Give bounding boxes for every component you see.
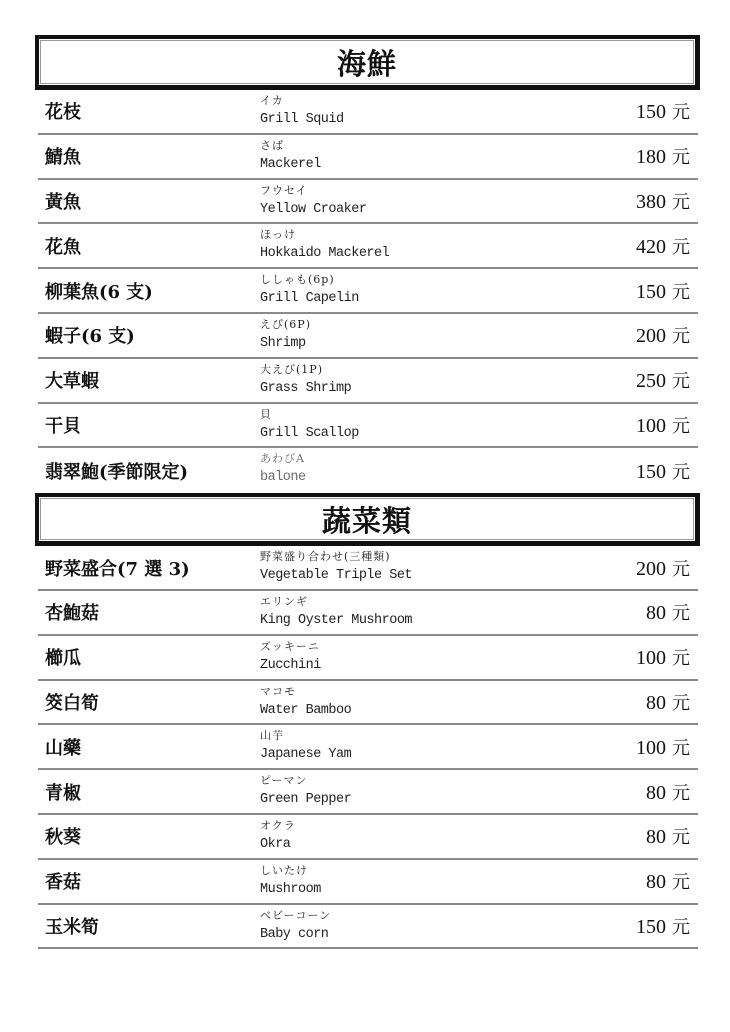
item-japanese: イカ (260, 92, 344, 109)
item-price: 80元 (646, 599, 690, 625)
item-name: 大草蝦 (45, 367, 99, 393)
item-english: Zucchini (260, 655, 321, 677)
item-english: Grill Scallop (260, 423, 359, 445)
menu-page: 海鮮 花枝 イカ Grill Squid 150元 鯖魚 さば Mackerel… (35, 35, 700, 949)
section-header: 海鮮 (35, 35, 700, 90)
item-translation: エリンギ King Oyster Mushroom (260, 593, 412, 632)
section-title: 蔬菜類 (39, 497, 695, 541)
item-translation: フウセイ Yellow Croaker (260, 182, 366, 221)
item-name: 青椒 (45, 779, 81, 805)
item-english: Grass Shrimp (260, 378, 351, 400)
price-unit: 元 (672, 192, 690, 212)
price-value: 100 (636, 415, 666, 437)
price-unit: 元 (672, 693, 690, 713)
price-unit: 元 (672, 827, 690, 847)
price-unit: 元 (672, 371, 690, 391)
price-unit: 元 (672, 783, 690, 803)
menu-item-row: 山藥 山芋 Japanese Yam 100元 (38, 725, 698, 770)
item-translation: ししゃも(6p) Grill Capelin (260, 271, 359, 310)
item-price: 250元 (636, 367, 690, 393)
item-translation: 野菜盛り合わせ(三種類) Vegetable Triple Set (260, 548, 412, 587)
item-price: 100元 (636, 644, 690, 670)
item-japanese: ししゃも(6p) (260, 271, 359, 288)
item-japanese: ピーマン (260, 772, 351, 789)
menu-item-row: 野菜盛合(7 選 3) 野菜盛り合わせ(三種類) Vegetable Tripl… (38, 546, 698, 591)
menu-item-row: 鯖魚 さば Mackerel 180元 (38, 135, 698, 180)
item-name: 花魚 (45, 233, 81, 259)
item-name: 蝦子(6 支) (45, 322, 135, 348)
item-price: 150元 (636, 98, 690, 124)
item-price: 80元 (646, 868, 690, 894)
item-english: Grill Capelin (260, 288, 359, 310)
menu-item-row: 花枝 イカ Grill Squid 150元 (38, 90, 698, 135)
price-unit: 元 (672, 738, 690, 758)
item-price: 180元 (636, 143, 690, 169)
item-name: 翡翠鮑(季節限定) (45, 458, 188, 484)
price-unit: 元 (672, 282, 690, 302)
item-price: 150元 (636, 458, 690, 484)
item-price: 80元 (646, 779, 690, 805)
price-value: 100 (636, 737, 666, 759)
menu-item-row: 黃魚 フウセイ Yellow Croaker 380元 (38, 180, 698, 225)
item-translation: えび(6P) Shrimp (260, 316, 311, 355)
item-name: 花枝 (45, 98, 81, 124)
item-name: 秋葵 (45, 823, 81, 849)
price-value: 80 (646, 692, 666, 714)
section-header: 蔬菜類 (35, 493, 700, 546)
item-japanese: ほっけ (260, 226, 389, 243)
item-price: 380元 (636, 188, 690, 214)
price-value: 80 (646, 782, 666, 804)
item-japanese: 大えび(1P) (260, 361, 351, 378)
item-translation: マコモ Water Bamboo (260, 683, 351, 722)
price-value: 200 (636, 558, 666, 580)
item-name: 柳葉魚(6 支) (45, 278, 153, 304)
price-value: 80 (646, 826, 666, 848)
item-price: 200元 (636, 322, 690, 348)
item-english: Hokkaido Mackerel (260, 243, 389, 265)
item-translation: あわびA balone (260, 450, 306, 489)
item-english: Mackerel (260, 154, 321, 176)
item-list: 野菜盛合(7 選 3) 野菜盛り合わせ(三種類) Vegetable Tripl… (38, 546, 698, 949)
menu-item-row: 青椒 ピーマン Green Pepper 80元 (38, 770, 698, 815)
item-translation: しいたけ Mushroom (260, 862, 321, 901)
section-vegetables: 蔬菜類 野菜盛合(7 選 3) 野菜盛り合わせ(三種類) Vegetable T… (35, 493, 700, 949)
item-name: 玉米筍 (45, 913, 99, 939)
price-unit: 元 (672, 559, 690, 579)
item-price: 100元 (636, 734, 690, 760)
item-japanese: 貝 (260, 406, 359, 423)
item-name: 櫛瓜 (45, 644, 81, 670)
item-price: 80元 (646, 823, 690, 849)
item-japanese: 野菜盛り合わせ(三種類) (260, 548, 412, 565)
price-value: 150 (636, 916, 666, 938)
price-unit: 元 (672, 147, 690, 167)
menu-item-row: 玉米筍 ベビーコーン Baby corn 150元 (38, 905, 698, 950)
price-unit: 元 (672, 648, 690, 668)
menu-item-row: 大草蝦 大えび(1P) Grass Shrimp 250元 (38, 359, 698, 404)
item-name: 黃魚 (45, 188, 81, 214)
item-english: Japanese Yam (260, 744, 351, 766)
item-translation: ピーマン Green Pepper (260, 772, 351, 811)
item-translation: イカ Grill Squid (260, 92, 344, 131)
menu-item-row: 櫛瓜 ズッキーニ Zucchini 100元 (38, 636, 698, 681)
item-japanese: ズッキーニ (260, 638, 321, 655)
item-translation: ベビーコーン Baby corn (260, 907, 331, 946)
price-unit: 元 (672, 917, 690, 937)
item-translation: 山芋 Japanese Yam (260, 727, 351, 766)
item-japanese: さば (260, 137, 321, 154)
item-price: 80元 (646, 689, 690, 715)
item-english: Okra (260, 834, 296, 856)
price-value: 80 (646, 602, 666, 624)
price-value: 150 (636, 101, 666, 123)
item-name: 野菜盛合(7 選 3) (45, 555, 190, 581)
menu-item-row: 干貝 貝 Grill Scallop 100元 (38, 404, 698, 449)
item-english: Mushroom (260, 879, 321, 901)
item-translation: 貝 Grill Scallop (260, 406, 359, 445)
price-unit: 元 (672, 237, 690, 257)
item-japanese: えび(6P) (260, 316, 311, 333)
item-english: balone (260, 467, 306, 489)
menu-item-row: 蝦子(6 支) えび(6P) Shrimp 200元 (38, 314, 698, 359)
item-english: Shrimp (260, 333, 311, 355)
section-seafood: 海鮮 花枝 イカ Grill Squid 150元 鯖魚 さば Mackerel… (35, 35, 700, 493)
price-unit: 元 (672, 102, 690, 122)
item-translation: ズッキーニ Zucchini (260, 638, 321, 677)
item-english: Grill Squid (260, 109, 344, 131)
price-value: 200 (636, 325, 666, 347)
price-unit: 元 (672, 326, 690, 346)
item-japanese: しいたけ (260, 862, 321, 879)
item-english: Yellow Croaker (260, 199, 366, 221)
item-translation: さば Mackerel (260, 137, 321, 176)
item-price: 200元 (636, 555, 690, 581)
price-value: 150 (636, 281, 666, 303)
price-value: 250 (636, 370, 666, 392)
menu-item-row: 花魚 ほっけ Hokkaido Mackerel 420元 (38, 224, 698, 269)
price-unit: 元 (672, 872, 690, 892)
price-unit: 元 (672, 603, 690, 623)
item-english: Baby corn (260, 924, 331, 946)
item-english: Vegetable Triple Set (260, 565, 412, 587)
section-title: 海鮮 (39, 39, 695, 85)
price-value: 420 (636, 236, 666, 258)
item-japanese: フウセイ (260, 182, 366, 199)
price-value: 100 (636, 647, 666, 669)
item-japanese: 山芋 (260, 727, 351, 744)
menu-item-row: 杏鮑菇 エリンギ King Oyster Mushroom 80元 (38, 591, 698, 636)
item-english: Water Bamboo (260, 700, 351, 722)
menu-item-row: 翡翠鮑(季節限定) あわびA balone 150元 (38, 448, 698, 493)
item-name: 香菇 (45, 868, 81, 894)
item-japanese: エリンギ (260, 593, 412, 610)
menu-item-row: 柳葉魚(6 支) ししゃも(6p) Grill Capelin 150元 (38, 269, 698, 314)
price-value: 80 (646, 871, 666, 893)
price-unit: 元 (672, 462, 690, 482)
item-name: 鯖魚 (45, 143, 81, 169)
item-english: King Oyster Mushroom (260, 610, 412, 632)
price-value: 150 (636, 461, 666, 483)
item-japanese: マコモ (260, 683, 351, 700)
item-translation: ほっけ Hokkaido Mackerel (260, 226, 389, 265)
item-name: 筊白筍 (45, 689, 99, 715)
item-price: 420元 (636, 233, 690, 259)
item-price: 100元 (636, 412, 690, 438)
item-translation: 大えび(1P) Grass Shrimp (260, 361, 351, 400)
menu-item-row: 香菇 しいたけ Mushroom 80元 (38, 860, 698, 905)
item-price: 150元 (636, 913, 690, 939)
price-value: 180 (636, 146, 666, 168)
price-unit: 元 (672, 416, 690, 436)
item-name: 山藥 (45, 734, 81, 760)
item-price: 150元 (636, 278, 690, 304)
menu-item-row: 筊白筍 マコモ Water Bamboo 80元 (38, 681, 698, 726)
item-japanese: オクラ (260, 817, 296, 834)
item-japanese: ベビーコーン (260, 907, 331, 924)
item-english: Green Pepper (260, 789, 351, 811)
item-name: 干貝 (45, 412, 81, 438)
price-value: 380 (636, 191, 666, 213)
item-name: 杏鮑菇 (45, 599, 99, 625)
item-list: 花枝 イカ Grill Squid 150元 鯖魚 さば Mackerel 18… (38, 90, 698, 493)
item-japanese: あわびA (260, 450, 306, 467)
item-translation: オクラ Okra (260, 817, 296, 856)
menu-item-row: 秋葵 オクラ Okra 80元 (38, 815, 698, 860)
